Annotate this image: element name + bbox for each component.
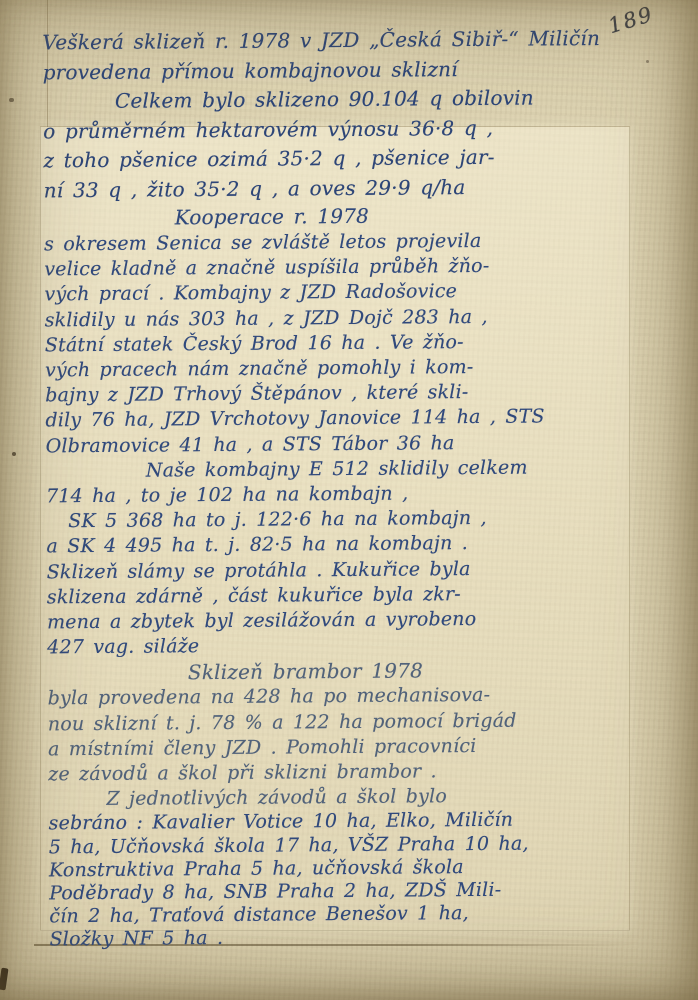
paper-speck xyxy=(12,452,16,456)
text-line: z toho pšenice ozimá 35·2 q , pšenice ja… xyxy=(43,142,643,176)
text-line: o průměrném hektarovém výnosu 36·8 q , xyxy=(43,112,643,146)
chronicle-page-photo: 189 Veškerá sklizeň r. 1978 v JZD „Česká… xyxy=(0,0,698,1000)
paper-speck xyxy=(646,60,649,63)
text-line: ní 33 q , žito 35·2 q , a oves 29·9 q/ha xyxy=(44,171,644,205)
text-line: provedena přímou kombajnovou sklizní xyxy=(43,53,643,87)
text-line: Celkem bylo sklizeno 90.104 q obilovin xyxy=(43,83,643,117)
manuscript-text: Veškerá sklizeň r. 1978 v JZD „Česká Sib… xyxy=(42,24,649,952)
paper-speck xyxy=(0,968,8,991)
text-line: Veškerá sklizeň r. 1978 v JZD „Česká Sib… xyxy=(42,24,642,58)
paper-speck xyxy=(9,98,14,102)
text-line: Složky NF 5 ha . xyxy=(49,924,649,952)
section-heading: Sklizeň brambor 1978 xyxy=(47,657,563,687)
section-heading: Kooperace r. 1978 xyxy=(44,202,500,233)
